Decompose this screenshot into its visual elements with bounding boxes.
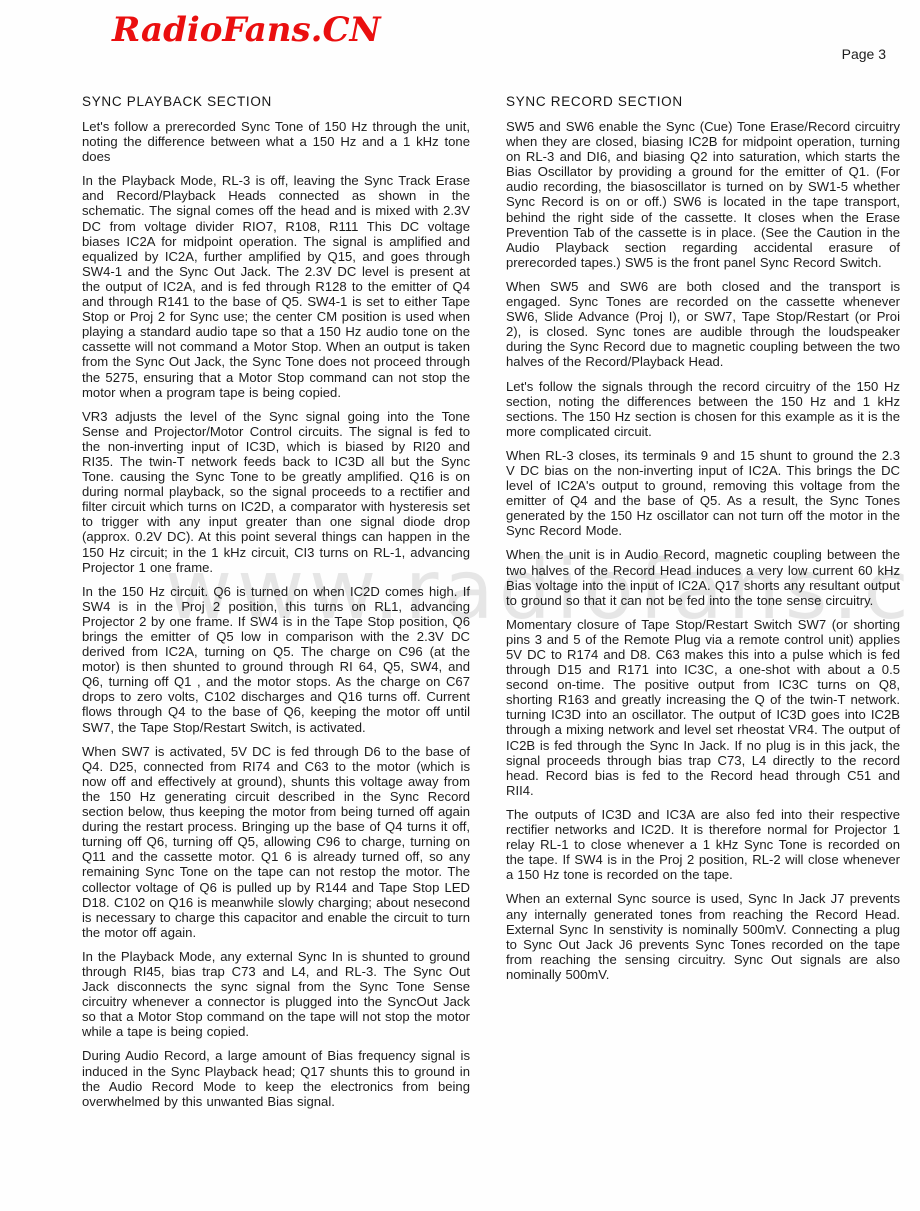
paragraph: When RL-3 closes, its terminals 9 and 15… <box>506 448 900 539</box>
paragraph: When an external Sync source is used, Sy… <box>506 891 900 982</box>
section-title-sync-playback: SYNC PLAYBACK SECTION <box>82 94 470 109</box>
two-column-body: SYNC PLAYBACK SECTION Let's follow a pre… <box>82 94 900 1118</box>
paragraph: Let's follow the signals through the rec… <box>506 379 900 439</box>
paragraph: SW5 and SW6 enable the Sync (Cue) Tone E… <box>506 119 900 270</box>
sync-record-column: SYNC RECORD SECTION SW5 and SW6 enable t… <box>506 94 900 1118</box>
paragraph: During Audio Record, a large amount of B… <box>82 1048 470 1108</box>
paragraph: VR3 adjusts the level of the Sync signal… <box>82 409 470 575</box>
section-title-sync-record: SYNC RECORD SECTION <box>506 94 900 109</box>
page-number: Page 3 <box>842 46 886 62</box>
paragraph: In the 150 Hz circuit. Q6 is turned on w… <box>82 584 470 735</box>
paragraph: Let's follow a prerecorded Sync Tone of … <box>82 119 470 164</box>
paragraph: When the unit is in Audio Record, magnet… <box>506 547 900 607</box>
radiofans-logo: RadioFans.CN <box>112 10 381 50</box>
paragraph: When SW7 is activated, 5V DC is fed thro… <box>82 744 470 940</box>
paragraph: Momentary closure of Tape Stop/Restart S… <box>506 617 900 798</box>
sync-playback-column: SYNC PLAYBACK SECTION Let's follow a pre… <box>82 94 470 1118</box>
paragraph: In the Playback Mode, any external Sync … <box>82 949 470 1040</box>
document-page: RadioFans.CN Page 3 www.radiofans.cn SYN… <box>0 0 920 1211</box>
paragraph: In the Playback Mode, RL-3 is off, leavi… <box>82 173 470 399</box>
paragraph: When SW5 and SW6 are both closed and the… <box>506 279 900 370</box>
paragraph: The outputs of IC3D and IC3A are also fe… <box>506 807 900 882</box>
